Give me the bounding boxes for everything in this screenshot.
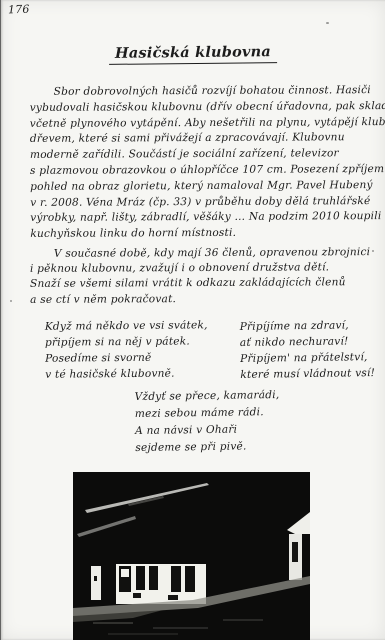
handwritten-line: mezi sebou máme rádi. <box>135 404 280 423</box>
title-wrap: Hasičská klubovna <box>0 42 385 64</box>
handwritten-line: v té hasičské klubovně. <box>45 365 208 382</box>
handwritten-line: pohled na obraz glorietu, který namalova… <box>30 178 372 196</box>
handwritten-line: dřevem, které si sami přivážejí a zpraco… <box>30 130 372 148</box>
paragraph-2: V současné době, kdy mají 36 členů, opra… <box>30 245 372 308</box>
clubhouse-photo-rendering <box>73 472 310 640</box>
handwritten-line: ať nikdo nechuraví! <box>240 333 375 351</box>
handwritten-line: výrobky, např. lišty, zábradlí, věšáky …… <box>30 209 372 227</box>
handwritten-line: které musí vládnout vsí! <box>241 365 376 383</box>
handwritten-line: Připíjíme na zdraví, <box>240 317 375 335</box>
handwritten-line: a se ctí v něm pokračovat. <box>30 291 372 308</box>
clubhouse-photo <box>73 472 310 640</box>
handwritten-line: v r. 2008. Véna Mráz (čp. 33) v průběhu … <box>30 194 372 212</box>
poem-two-columns: Když má někdo ve vsi svátek,připíjem si … <box>45 318 375 382</box>
handwritten-line: včetně plynového vytápění. Aby nešetřili… <box>30 115 372 133</box>
handwritten-line: s plazmovou obrazovkou o úhlopříčce 107 … <box>30 162 372 180</box>
handwritten-line: kuchyňskou linku do horní místnosti. <box>30 225 372 243</box>
scanned-chronicle-page: 176 Hasičská klubovna Sbor dobrovolných … <box>0 0 385 640</box>
scan-speck <box>372 250 374 252</box>
handwritten-line: V současné době, kdy mají 36 členů, opra… <box>30 245 372 262</box>
handwritten-line: Sbor dobrovolných hasičů rozvíjí bohatou… <box>30 83 372 101</box>
poem-center-stanza: Vždyť se přece, kamarádi,mezi sebou máme… <box>135 387 281 457</box>
handwritten-line: Když má někdo ve vsi svátek, <box>45 317 208 334</box>
handwritten-line: i pěknou klubovnu, zvažují i o obnovení … <box>30 260 372 277</box>
poem-right-stanza: Připíjíme na zdraví,ať nikdo nechuraví!P… <box>240 317 376 383</box>
poem-left-stanza: Když má někdo ve vsi svátek,připíjem si … <box>45 317 208 382</box>
handwritten-line: Připíjem' na přátelství, <box>240 349 375 367</box>
scan-edge-artifact <box>0 0 1 640</box>
page-title: Hasičská klubovna <box>108 43 276 65</box>
handwritten-line: Vždyť se přece, kamarádi, <box>135 387 280 406</box>
handwritten-line: Snaží se všemi silami vrátit k odkazu za… <box>30 276 372 293</box>
handwritten-line: A na návsi v Ohaři <box>135 421 280 440</box>
handwritten-line: vybudovali hasičskou klubovnu (dřív obec… <box>30 99 372 117</box>
scan-speck <box>326 22 329 24</box>
handwritten-line: Posedíme si svorně <box>45 349 208 366</box>
paragraph-1: Sbor dobrovolných hasičů rozvíjí bohatou… <box>30 83 373 243</box>
page-number: 176 <box>8 3 30 17</box>
handwritten-line: sejdeme se při pivě. <box>135 438 280 457</box>
scan-speck <box>10 300 12 302</box>
handwritten-line: připíjem si na něj v pátek. <box>45 333 208 350</box>
handwritten-line: moderně zařídili. Součástí je sociální z… <box>30 146 372 164</box>
